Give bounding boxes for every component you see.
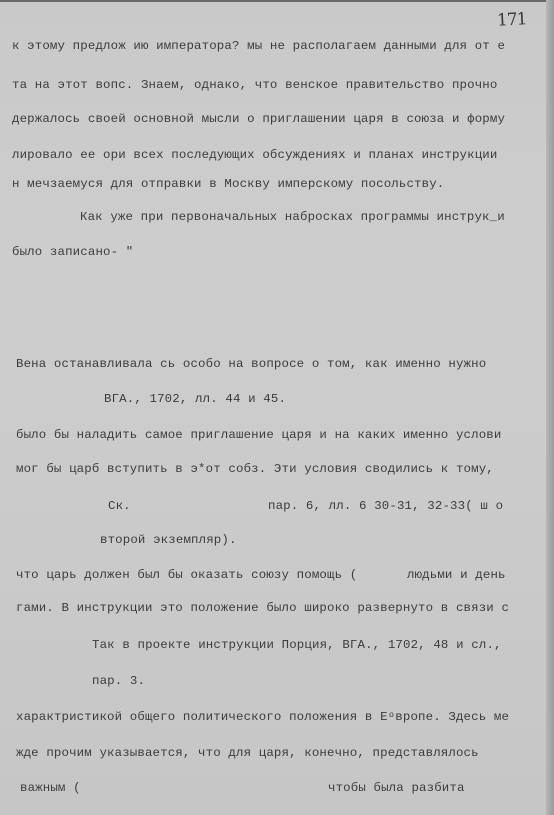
text-line: пар. 6, лл. 6 30-31, 32-33( ш о — [268, 499, 503, 513]
text-line: мог бы царб вступить в э*от собз. Эти ус… — [16, 462, 494, 476]
text-line: Как уже при первоначальных набросках про… — [80, 210, 505, 224]
text-line: Так в проекте инструкции Порция, ВГА., 1… — [92, 638, 502, 652]
text-line: Ск. — [108, 499, 131, 513]
text-line: ВГА., 1702, лл. 44 и 45. — [104, 392, 286, 406]
text-line: к этому предлож ию императора? мы не рас… — [12, 39, 505, 53]
text-line: что царь должен был бы оказать союзу пом… — [16, 568, 357, 582]
text-line: важным ( — [20, 781, 81, 795]
text-line: пар. 3. — [92, 674, 145, 688]
text-line: та на этот вопс. Знаем, однако, что венс… — [12, 78, 497, 92]
typewritten-page: 171 к этому предлож ию императора? мы не… — [0, 2, 546, 815]
text-line: характристикой общего политического поло… — [16, 710, 509, 724]
text-line: жде прочим указывается, что для царя, ко… — [16, 746, 479, 760]
page-right-edge — [546, 0, 554, 815]
text-line: Вена останавливала сь особо на вопросе о… — [16, 357, 486, 371]
text-line: было бы наладить самое приглашение царя … — [16, 428, 501, 442]
text-line: людьми и день — [407, 568, 506, 582]
text-line: было записано- " — [12, 245, 133, 259]
text-line: второй экземпляр). — [100, 533, 237, 547]
handwritten-page-number: 171 — [496, 9, 526, 31]
text-line: чтобы была разбита — [328, 781, 465, 795]
text-line: держалось своей основной мысли о приглаш… — [12, 112, 505, 126]
text-line: гами. В инструкции это положение было ши… — [16, 601, 509, 615]
text-line: н мечзаемуся для отправки в Москву импер… — [12, 177, 444, 191]
text-line: лировало ее ори всех последующих обсужде… — [12, 148, 497, 162]
